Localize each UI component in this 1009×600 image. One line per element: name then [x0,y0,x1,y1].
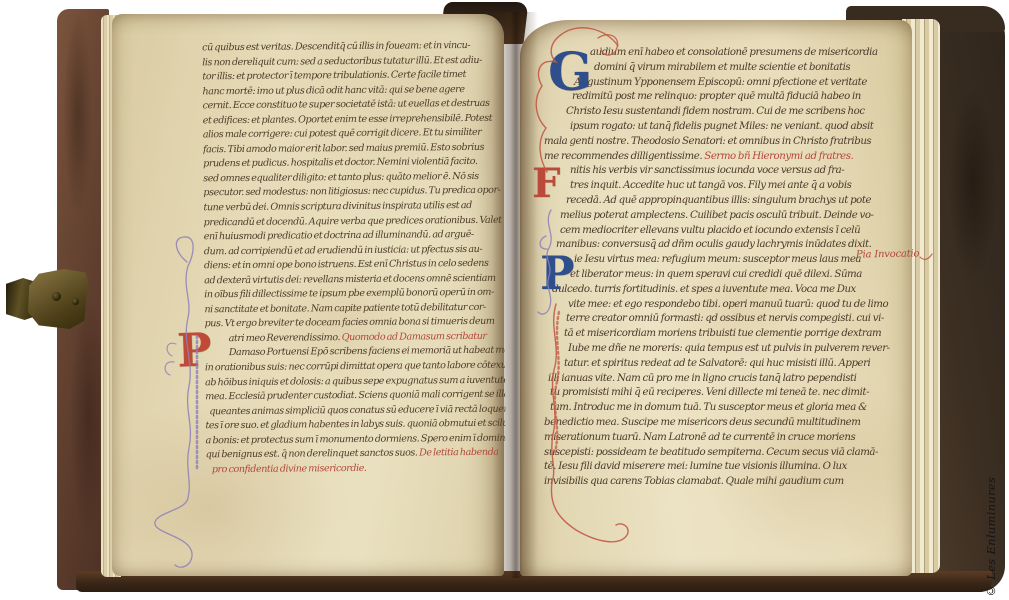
ink-text: facis. Tibi amodo maior erit labor. sed … [203,142,484,155]
ink-text: cem mediocriter ellevans vultu placido e… [560,225,860,236]
manuscript-text-line: mala genti nostre. Theodosio Senatori: e… [544,135,914,150]
ink-text: benedictio mea. Suscipe me misericors de… [544,417,860,428]
ink-text: audium enī habeo et consolationē presume… [590,47,878,58]
rubric-text: De letitia habenda [419,447,499,459]
ink-text: et edifices: et plantes. Oportet enim te… [203,113,492,127]
ink-text: tres inquit. Accedite huc ut tangā vos. … [570,180,851,191]
ink-text: in oībus fili dillectissime te ipsum pbe… [204,287,494,301]
ink-text: atri meo Reverendissimo. [229,332,342,344]
ink-text: me recommendes dilligentissime. [544,151,704,162]
ink-text: Damaso Portuensi Epō scribens faciens ei… [229,345,506,358]
ink-text: cernit. Ecce constituo te super societat… [203,98,490,112]
ink-text: tor illis: et protector ī tempore tribul… [202,69,466,82]
ink-text: psecutor. sed modestus: non litigiosus: … [203,185,500,199]
brass-clasp [4,263,94,335]
ink-text: queantes animas simpliciū quos conatus s… [209,403,506,417]
ink-text: tē. Iesu fili david miserere mei: lumine… [544,461,847,472]
manuscript-text-line: et liberator meus: in quem speravi cui c… [544,268,914,283]
manuscript-text-line: tam. Introduc me in domum tuā. Tu suscep… [544,401,914,416]
ink-text: Christo Iesu sustentandi fidem nostram. … [566,106,865,117]
manuscript-text-line: Augustinum Ypponensem Episcopū: omni pfe… [544,76,914,91]
ink-text: Augustinum Ypponensem Episcopū: omni pfe… [574,77,867,88]
ink-text: dum. ad corripiendū et ad erudiendū in i… [204,244,482,257]
ink-text: melius poterat amplectens. Cuilibet paci… [560,210,874,221]
manuscript-text-line: ipsum rogato: ut tanq̄ fidelis pugnet Mi… [544,120,914,135]
ink-text: mala genti nostre. Theodosio Senatori: e… [544,136,871,147]
right-page-text: audium enī habeo et consolationē presume… [544,46,914,494]
manuscript-text-line: invisibilis qua carens Tobias clamabat. … [544,475,914,490]
ink-text: recedā. Ad quē appropinquantibus illis: … [566,195,871,206]
manuscript-text-line: vite mee: et ego respondebo tibi. operi … [544,298,914,313]
ink-text: in orationibus suis: nec corrūpi dimitta… [205,360,506,374]
ink-text: pus. Vt ergo breviter te doceam facies o… [204,316,494,330]
manuscript-text-line: audium enī habeo et consolationē presume… [544,46,914,61]
ink-text: prudens et pudicus. hospitalis et doctor… [203,156,478,169]
rubric-text: Sermo bñ Hieronymi ad fratres. [704,151,853,162]
manuscript-text-line: terre creator omniū formasti: qd ossibus… [544,312,914,327]
ink-text: miserationum tuarū. Nam Latronē ad te cu… [544,432,855,443]
manuscript-text-line: melius poterat amplectens. Cuilibet paci… [544,209,914,224]
ink-text: terre creator omniū formasti: qd ossibus… [566,313,884,324]
manuscript-text-line: tu promisisti mihi q̄ eū reciperes. Veni… [544,386,914,401]
ink-text: domini q̄ virum mirabilem et multe scien… [594,62,850,73]
ink-text: vite mee: et ego respondebo tibi. operi … [568,299,888,310]
ink-text: hanc mortē: imo ut plus dicā odit hanc v… [202,84,464,97]
manuscript-text-line: domini q̄ virum mirabilem et multe scien… [544,61,914,76]
ink-text: tam. Introduc me in domum tuā. Tu suscep… [550,402,867,413]
ink-text: illi ianuas vite. Nam cū pro me in ligno… [548,373,856,384]
illuminated-initial-p-left: P [176,326,212,373]
clasp-rivet [72,298,79,305]
photo-credit: © Les Enluminures [984,434,1006,598]
left-page-text: cū quibus est veritas. Descenditq̄ cū il… [202,39,506,484]
ink-text: et liberator meus: in quem speravi cui c… [570,269,862,280]
manuscript-text-line: nitis his verbis vir sanctissimus iocund… [544,164,914,179]
ink-text: invisibilis qua carens Tobias clamabat. … [544,476,844,487]
manuscript-text-line: dulcedo. turris fortitudinis. et spes a … [544,283,914,298]
margin-rubric-note: Pia Invocatio [856,248,920,260]
ink-text: dulcedo. turris fortitudinis. et spes a … [552,284,856,295]
manuscript-text-line: illi ianuas vite. Nam cū pro me in ligno… [544,372,914,387]
ink-text: tes ī ore suo. et gladium habentes in la… [205,418,506,432]
manuscript-text-line: tatur. et spiritus redeat ad te Salvator… [544,357,914,372]
illuminated-initial-p-right: P [540,250,575,296]
manuscript-text-line: qui benignus est. q̄ non derelinquet san… [206,446,506,463]
ink-text: lis non dereliquit cum: sed a seductorib… [202,54,482,67]
ink-text: ipsum rogato: ut tanq̄ fidelis pugnet Mi… [570,121,873,132]
manuscript-text-line: tē. Iesu fili david miserere mei: lumine… [544,460,914,475]
ink-text: sed omnes equaliter diligito: et tanto p… [203,171,478,184]
manuscript-text-line: pro confidentia divine misericordie. [206,461,506,478]
ink-text: qui benignus est. q̄ non derelinquet san… [206,448,419,461]
ink-text: a bonis: et protectus sum ī monumento do… [206,432,506,446]
manuscript-text-line: miserationum tuarū. Nam Latronē ad te cu… [544,431,914,446]
manuscript-text-line: suscepisti: possideam te beatitudo sempi… [544,446,914,461]
ink-text: mea. Ecclesiā prudenter custodiat. Scien… [205,389,506,403]
rubric-text: Quomodo ad Damasum scribatur [342,331,487,343]
ink-text: diens: et in omni ope bono istruens. Est… [204,258,489,271]
ink-text: ad dexterā virtutis dei: revellans miste… [204,273,496,287]
manuscript-text-line: benedictio mea. Suscipe me misericors de… [544,416,914,431]
ink-text: ie Iesu virtus mea: refugium meum: susce… [574,254,861,265]
manuscript-text-line: tā et misericordiam moriens tribuisti tu… [544,327,914,342]
ink-text: alios male corrigere: cui potest quē cor… [203,127,482,140]
ink-text: cū quibus est veritas. Descenditq̄ cū il… [202,40,470,53]
rubric-text: pro confidentia divine misericordie. [212,463,367,475]
ink-text: nitis his verbis vir sanctissimus iocund… [570,165,844,176]
ink-text: tu promisisti mihi q̄ eū reciperes. Veni… [550,387,869,398]
ink-text: manibus: conversusq̄ ad dñm oculis gaudy… [556,239,871,250]
manuscript-text-line: tres inquit. Accedite huc ut tangā vos. … [544,179,914,194]
manuscript-photo: cū quibus est veritas. Descenditq̄ cū il… [0,0,1009,600]
ink-text: ab hōibus iniquis et dolosis: a quibus s… [205,374,506,388]
manuscript-text-line: Iube me dñe ne moreris: quia tempus est … [544,342,914,357]
ink-text: tatur. et spiritus redeat ad te Salvator… [564,358,870,369]
illuminated-initial-f: F [532,164,560,204]
manuscript-text-line: recedā. Ad quē appropinquantibus illis: … [544,194,914,209]
manuscript-text-line: Christo Iesu sustentandi fidem nostram. … [544,105,914,120]
ink-text: ni sanctitate et bonitate. Nam capite pa… [204,302,485,315]
ink-text: suscepisti: possideam te beatitudo sempi… [544,447,878,458]
ink-text: tune verbū dei. Omnis scriptura divinitu… [203,200,471,213]
illuminated-initial-g: G [548,47,592,99]
ink-text: tā et misericordiam moriens tribuisti tu… [564,328,881,339]
manuscript-text-line: redimitū post me relinquo: propter quē m… [544,90,914,105]
ink-text: predicandū et docendū. Aquire verba que … [204,214,502,228]
manuscript-text-line: me recommendes dilligentissime. Sermo bñ… [544,150,914,165]
ink-text: redimitū post me relinquo: propter quē m… [572,91,861,102]
ink-text: enī huiusmodi predicatio et doctrina ad … [204,229,474,242]
clasp-rivet [52,292,61,301]
manuscript-text-line: cem mediocriter ellevans vultu placido e… [544,224,914,239]
ink-text: Iube me dñe ne moreris: quia tempus est … [568,343,890,354]
